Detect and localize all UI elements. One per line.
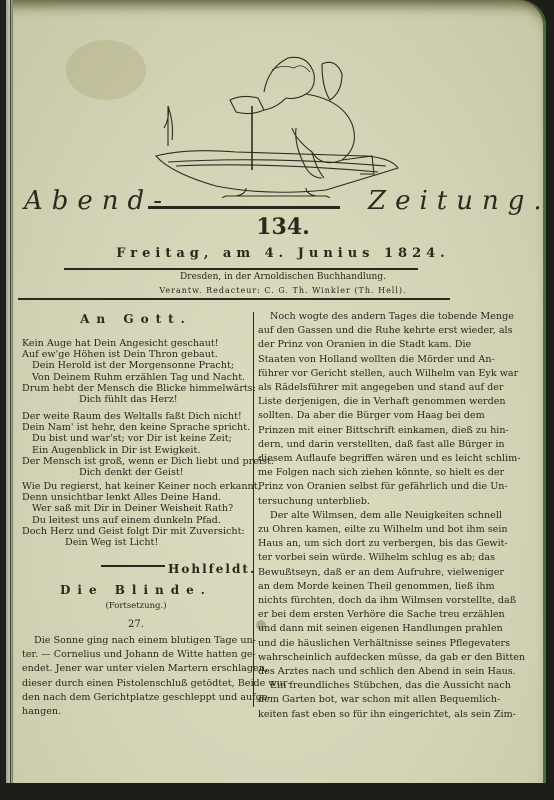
story-subtitle: (Fortsetzung.) (36, 601, 236, 611)
text-line: und dann mit seinen eigenen Handlungen p… (258, 622, 486, 636)
poem-line: Dein Herold ist der Morgensonne Pracht; (22, 360, 252, 371)
issue-number: 134. (6, 214, 554, 240)
poem-line: Du leitest uns auf einem dunkeln Pfad. (22, 515, 252, 526)
poem-line: Drum hebt der Mensch die Blicke himmelwä… (22, 383, 252, 394)
poem-line: Dich denkt der Geist! (22, 467, 252, 478)
text-line: Noch wogte des andern Tages die tobende … (258, 310, 486, 324)
poem-stanza-2: Der weite Raum des Weltalls faßt Dich ni… (22, 411, 252, 478)
newspaper-page: Abend- Zeitung. 134. Freitag, am 4. Juni… (6, 0, 546, 783)
poem-line: Der weite Raum des Weltalls faßt Dich ni… (22, 411, 252, 422)
text-line: diesem Auflaufe begriffen wären und es l… (258, 452, 486, 466)
editor-line: Verantw. Redacteur: C. G. Th. Winkler (T… (6, 286, 554, 295)
cherub-lamp-illustration (146, 28, 416, 198)
text-line: Die Sonne ging nach einem blutigen Tage … (22, 634, 248, 648)
text-line: an dem Morde keinen Theil genommen, ließ… (258, 580, 486, 594)
dateline: Freitag, am 4. Junius 1824. (6, 246, 554, 261)
columns-rule (18, 298, 450, 300)
masthead-title-left: Abend- (24, 186, 171, 216)
text-line: sollten. Da aber die Bürger vom Haag bei… (258, 409, 486, 423)
text-line: Staaten von Holland wollten die Mörder u… (258, 353, 486, 367)
text-line: ter vorbei sein würde. Wilhelm schlug es… (258, 551, 486, 565)
text-line: auf den Gassen und die Ruhe kehrte erst … (258, 324, 486, 338)
poem-line: Der Mensch ist groß, wenn er Dich liebt … (22, 456, 252, 467)
imprint: Dresden, in der Arnoldischen Buchhandlun… (6, 272, 554, 282)
section-rule (101, 565, 165, 567)
poem-line: Dein Nam' ist hehr, den keine Sprache sp… (22, 422, 252, 433)
text-line: dem Garten bot, war schon mit allen Bequ… (258, 693, 486, 707)
text-line: Liste derjenigen, die in Verhaft genomme… (258, 395, 486, 409)
text-line: Bewußtseyn, daß er an dem Aufruhre, viel… (258, 566, 486, 580)
poem-line: Dein Weg ist Licht! (22, 537, 252, 548)
paper-stain (66, 40, 146, 100)
poem-title: An Gott. (76, 312, 196, 326)
text-line: ter. — Cornelius und Johann de Witte hat… (22, 648, 248, 662)
chapter-number: 27. (36, 619, 236, 630)
poem-line: Wie Du regierst, hat keiner Keiner noch … (22, 481, 252, 492)
masthead-rule (148, 206, 340, 209)
text-line: wahrscheinlich aufdecken müsse, da gab e… (258, 651, 486, 665)
text-line: Haus an, um sich dort zu verbergen, bis … (258, 537, 486, 551)
text-line: dern, und darin verstellten, daß fast al… (258, 438, 486, 452)
story-text-left: Die Sonne ging nach einem blutigen Tage … (22, 634, 248, 719)
poem-author: Hohlfeldt. (168, 562, 256, 576)
story-title: Die Blinde. (36, 583, 236, 597)
text-line: tersuchung unterblieb. (258, 495, 486, 509)
binding-line (10, 0, 11, 783)
poem-line: Von Deinem Ruhm erzählen Tag und Nacht. (22, 372, 252, 383)
text-line: der Prinz von Oranien in die Stadt kam. … (258, 338, 486, 352)
poem-line: Kein Auge hat Dein Angesicht geschaut! (22, 338, 252, 349)
dateline-rule (64, 268, 418, 270)
poem-line: Denn unsichtbar lenkt Alles Deine Hand. (22, 492, 252, 503)
text-line: Prinz von Oranien selbst für gefährlich … (258, 480, 486, 494)
text-line: dieser durch einen Pistolenschluß getödt… (22, 677, 248, 691)
poem-line: Wer saß mit Dir in Deiner Weisheit Rath? (22, 503, 252, 514)
text-line: keiten fast eben so für ihn eingerichtet… (258, 708, 486, 722)
text-line: Ein freundliches Stübchen, das die Aussi… (258, 679, 486, 693)
poem-line: Du bist und war'st; vor Dir ist keine Ze… (22, 433, 252, 444)
poem-line: Ein Augenblick in Dir ist Ewigkeit. (22, 445, 252, 456)
text-line: endet. Jener war unter vielen Martern er… (22, 662, 248, 676)
poem-stanza-3: Wie Du regierst, hat keiner Keiner noch … (22, 481, 252, 548)
text-line: und die häuslichen Verhältnisse seines P… (258, 637, 486, 651)
text-line: er bei dem ersten Verhöre die Sache treu… (258, 608, 486, 622)
text-line: nichts fürchten, doch da ihm Wilmsen vor… (258, 594, 486, 608)
text-line: führer vor Gericht stellen, auch Wilhelm… (258, 367, 486, 381)
text-line: me Folgen nach sich ziehen könnte, so hi… (258, 466, 486, 480)
story-text-right: Noch wogte des andern Tages die tobende … (258, 310, 486, 722)
text-line: des Arztes nach und schlich den Abend in… (258, 665, 486, 679)
poem-line: Dich fühlt das Herz! (22, 394, 252, 405)
text-line: hangen. (22, 705, 248, 719)
text-line: den nach dem Gerichtplatze geschleppt un… (22, 691, 248, 705)
poem-line: Auf ew'ge Höhen ist Dein Thron gebaut. (22, 349, 252, 360)
text-line: Der alte Wilmsen, dem alle Neuigkeiten s… (258, 509, 486, 523)
text-line: Prinzen mit einer Bittschrift einkamen, … (258, 424, 486, 438)
text-line: als Rädelsführer mit angegeben und stand… (258, 381, 486, 395)
poem-stanza-1: Kein Auge hat Dein Angesicht geschaut! A… (22, 338, 252, 405)
poem-line: Doch Herz und Geist folgt Dir mit Zuvers… (22, 526, 252, 537)
masthead-title-right: Zeitung. (368, 186, 551, 216)
text-line: zu Ohren kamen, eilte zu Wilhelm und bot… (258, 523, 486, 537)
